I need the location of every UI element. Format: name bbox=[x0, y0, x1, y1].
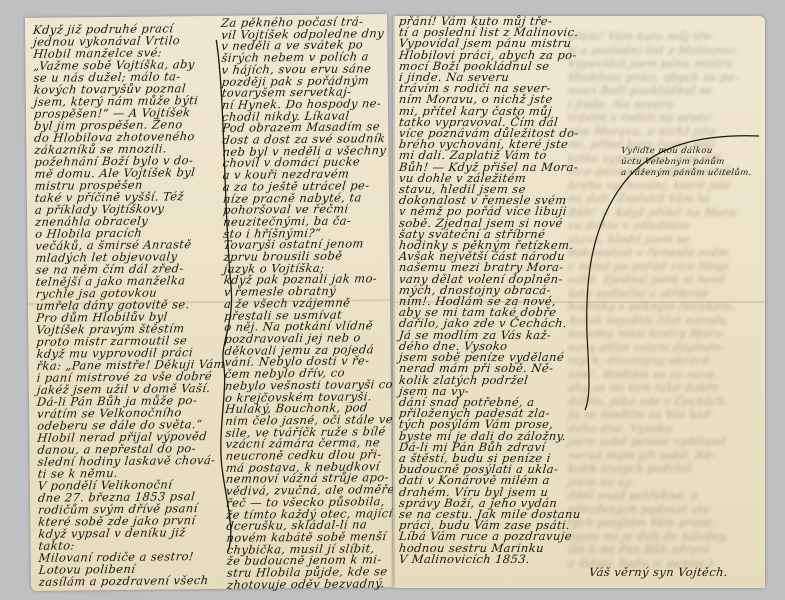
left-page-column-a: Když již podruhé pracíjednou vykonával V… bbox=[33, 22, 227, 588]
left-page: Když již podruhé pracíjednou vykonával V… bbox=[25, 14, 393, 591]
bleed-through-line: Hlobilovi práci, abych za po- bbox=[567, 71, 758, 85]
bleed-through-line: jsem na vy- bbox=[567, 476, 758, 490]
bleed-through-line: dání snad potřebné, a bbox=[567, 489, 758, 503]
left-page-column-b: Za pěkného počasí trá-vil Vojtíšek odpol… bbox=[221, 16, 411, 591]
bleed-through-line: tí a poslední list z Malinovic. bbox=[567, 44, 758, 58]
bleed-through-line: kolik zlatých podržel bbox=[567, 462, 758, 476]
signature: Váš věrný syn Vojtěch. bbox=[588, 564, 729, 580]
bleed-through-line: přiložených padesát zla- bbox=[567, 503, 758, 517]
margin-note-line: Vyřiďte mou dálkou bbox=[620, 146, 752, 157]
manuscript-line: V Malinovicích 1853. bbox=[398, 554, 581, 565]
bleed-through-line: mocí Boží pookládnul se bbox=[567, 84, 758, 98]
bleed-through-line: přání! Vám kuto můj tře- bbox=[567, 30, 758, 44]
bleed-through-line: Vypovídal jsem pánu mistru bbox=[567, 57, 758, 71]
bleed-through-line: i jinde. Na severu bbox=[567, 98, 758, 112]
bleed-through-line: nerad mám při sobě. Ně- bbox=[567, 449, 758, 463]
right-page-column-a: přání! Vám kuto můj tře-tí a poslední li… bbox=[399, 16, 581, 565]
manuscript-line: zasílám a pozdravení všech bbox=[38, 574, 227, 588]
bleed-through-line: tých posýlám Vám prose, bbox=[567, 516, 758, 530]
bleed-through-line: jsem sobě peníze vydělané bbox=[567, 435, 758, 449]
bleed-through-line: trávím s rodiči na sever- bbox=[567, 111, 758, 125]
margin-note: Vyřiďte mou dálkou úctu Velebným pánům a… bbox=[621, 146, 752, 179]
manuscript-line: zhotovuje oděv bezvadný. bbox=[226, 578, 411, 592]
bleed-through-line: dého dne. Vysoko bbox=[567, 422, 758, 436]
margin-note-line: úctu Velebným pánům bbox=[620, 157, 752, 168]
bleed-through-line: Dá-li mi Pán Bůh zdraví bbox=[567, 543, 758, 557]
right-page: přání! Vám kuto můj tře-tí a poslední li… bbox=[393, 16, 765, 588]
bleed-through-line: byste mi je dali do záložny. bbox=[567, 530, 758, 544]
margin-note-line: a váženým pánům učitelům. bbox=[620, 168, 752, 179]
